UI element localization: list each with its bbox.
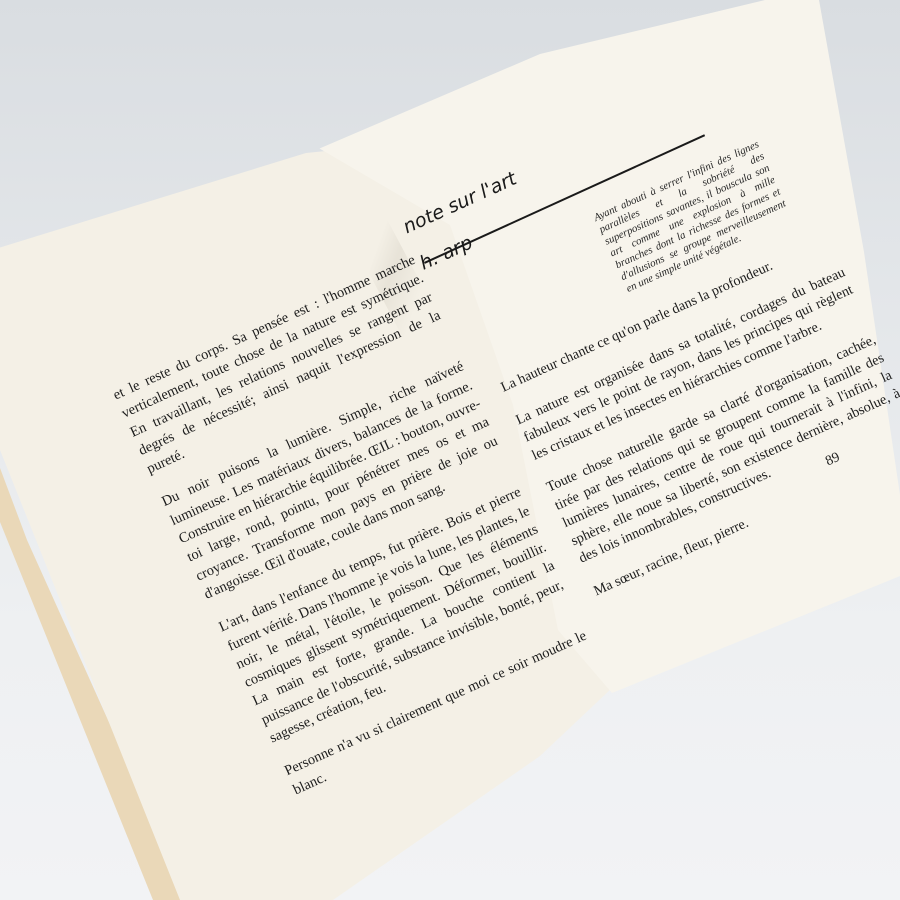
book-photo: et le reste du corps. Sa pensée est : l'… bbox=[0, 0, 900, 900]
